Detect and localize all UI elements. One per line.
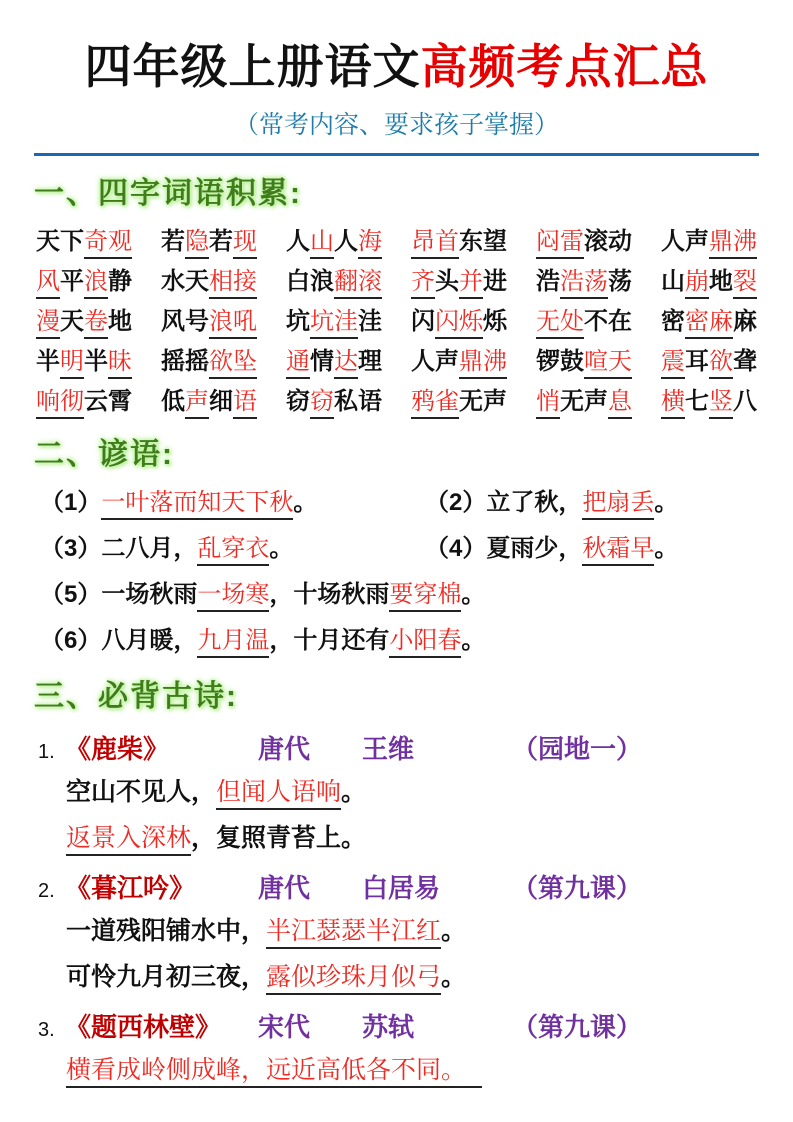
word-item: 白浪翻滚 <box>286 266 382 297</box>
word-item: 漫天卷地 <box>36 306 132 337</box>
proverb-item: （5）一场秋雨一场寒，十场秋雨要穿棉。 <box>40 579 485 610</box>
answer-text: 相接 <box>209 267 257 299</box>
plain-text: 东望 <box>459 228 507 255</box>
plain-text: 无声 <box>560 388 608 415</box>
word-row: 半明半昧摇摇欲坠通情达理人声鼎沸锣鼓喧天震耳欲聋 <box>36 346 757 377</box>
plain-text: 半 <box>84 348 108 375</box>
answer-text: 喧天 <box>584 347 632 379</box>
plain-text: （6）八月暖， <box>40 627 197 654</box>
plain-text: 八 <box>733 388 757 415</box>
plain-text: 闪 <box>411 308 435 335</box>
answer-text: 卷 <box>84 307 108 339</box>
answer-text: 崩 <box>685 267 709 299</box>
plain-text: 聋 <box>733 348 757 375</box>
plain-text: 浩 <box>536 268 560 295</box>
poem-header: 3.《题西林壁》宋代苏轼（第九课） <box>38 1007 759 1044</box>
plain-text: 。 <box>341 778 366 806</box>
word-item: 无处不在 <box>536 306 632 337</box>
plain-text: 空山不见人， <box>66 778 216 806</box>
plain-text: 可怜九月初三夜， <box>66 963 266 991</box>
plain-text: 不在 <box>584 308 632 335</box>
proverb-list: （1）一叶落而知天下秋。（2）立了秋，把扇丢。（3）二八月，乱穿衣。（4）夏雨少… <box>40 487 759 656</box>
plain-text: 。 <box>441 917 466 945</box>
proverb-item: （4）夏雨少，秋霜早。 <box>425 533 678 564</box>
poem-title: 《鹿柴》 <box>65 729 258 766</box>
word-item: 半明半昧 <box>36 346 132 377</box>
word-item: 闪闪烁烁 <box>411 306 507 337</box>
answer-text: 乱穿衣 <box>197 534 269 566</box>
plain-text: 若 <box>161 228 185 255</box>
poem-header: 2.《暮江吟》唐代白居易（第九课） <box>38 868 759 905</box>
word-item: 水天相接 <box>161 266 257 297</box>
plain-text: 山 <box>661 268 685 295</box>
poem-source: （园地一） <box>512 729 642 766</box>
answer-text: 闷雷 <box>536 227 584 259</box>
plain-text: （3）二八月， <box>40 535 197 562</box>
word-row: 天下奇观若隐若现人山人海昂首东望闷雷滚动人声鼎沸 <box>36 226 757 257</box>
plain-text: （5）一场秋雨 <box>40 581 197 608</box>
proverb-item: （3）二八月，乱穿衣。 <box>40 533 425 564</box>
plain-text: 白浪 <box>286 268 334 295</box>
poem-dynasty: 宋代 <box>258 1007 310 1044</box>
answer-text: 响彻 <box>36 387 84 419</box>
word-grid: 天下奇观若隐若现人山人海昂首东望闷雷滚动人声鼎沸风平浪静水天相接白浪翻滚齐头并进… <box>36 226 757 417</box>
plain-text: 私语 <box>334 388 382 415</box>
word-item: 锣鼓喧天 <box>536 346 632 377</box>
page-title-black: 四年级上册语文 <box>85 40 421 93</box>
answer-text: 坑洼 <box>310 307 358 339</box>
answer-text: 裂 <box>733 267 757 299</box>
answer-text: 昧 <box>108 347 132 379</box>
answer-text: 一场寒 <box>197 580 269 612</box>
answer-text: 露似珍珠月似弓 <box>266 962 441 995</box>
plain-text: 锣鼓 <box>536 348 584 375</box>
section-proverbs-heading: 二、谚语: <box>34 429 759 473</box>
answer-text: 通 <box>286 347 310 379</box>
answer-text: 返景入深林 <box>66 823 191 856</box>
poem-dynasty: 唐代 <box>258 729 310 766</box>
poem-number: 3. <box>38 1019 65 1042</box>
word-item: 窃窃私语 <box>286 386 382 417</box>
poem-author: 白居易 <box>362 868 512 905</box>
plain-text: （4）夏雨少， <box>425 535 582 562</box>
poem-title: 《题西林壁》 <box>65 1007 258 1044</box>
word-item: 风平浪静 <box>36 266 132 297</box>
word-item: 悄无声息 <box>536 386 632 417</box>
answer-text: 漫 <box>36 307 60 339</box>
answer-text: 语 <box>233 387 257 419</box>
plain-text: 低 <box>161 388 185 415</box>
plain-text: 地 <box>108 308 132 335</box>
proverb-row: （5）一场秋雨一场寒，十场秋雨要穿棉。 <box>40 579 759 610</box>
plain-text: 。 <box>293 489 317 516</box>
plain-text: 天下 <box>36 228 84 255</box>
word-item: 风号浪吼 <box>161 306 257 337</box>
proverb-item: （1）一叶落而知天下秋。 <box>40 487 425 518</box>
plain-text: 水天 <box>161 268 209 295</box>
plain-text: 洼 <box>358 308 382 335</box>
answer-text: 达 <box>334 347 358 379</box>
plain-text: ，复照青苔上。 <box>191 824 366 852</box>
answer-text: 浪 <box>84 267 108 299</box>
word-item: 浩浩荡荡 <box>536 266 632 297</box>
plain-text: 半 <box>36 348 60 375</box>
answer-text: 息 <box>608 387 632 419</box>
answer-text: 要穿棉 <box>389 580 461 612</box>
plain-text: 。 <box>654 489 678 516</box>
plain-text: 滚动 <box>584 228 632 255</box>
word-item: 摇摇欲坠 <box>161 346 257 377</box>
plain-text: 人声 <box>661 228 709 255</box>
poem-verse-line: 横看成岭侧成峰，远近高低各不同。 <box>66 1054 759 1086</box>
worksheet-page: 四年级上册语文高频考点汇总 （常考内容、要求孩子掌握） 一、四字词语积累: 天下… <box>0 0 793 1086</box>
answer-text: 鼎沸 <box>709 227 757 259</box>
page-subtitle: （常考内容、要求孩子掌握） <box>34 105 759 141</box>
answer-text: 风 <box>36 267 60 299</box>
plain-text: 人声 <box>411 348 459 375</box>
plain-text: 坑 <box>286 308 310 335</box>
proverb-item: （2）立了秋，把扇丢。 <box>425 487 678 518</box>
section-poems-heading: 三、必背古诗: <box>34 671 759 715</box>
word-item: 坑坑洼洼 <box>286 306 382 337</box>
word-item: 昂首东望 <box>411 226 507 257</box>
plain-text: 若 <box>209 228 233 255</box>
plain-text: 理 <box>358 348 382 375</box>
answer-text: 小阳春 <box>389 626 461 658</box>
answer-text: 明 <box>60 347 84 379</box>
word-item: 人声鼎沸 <box>661 226 757 257</box>
proverb-row: （6）八月暖，九月温，十月还有小阳春。 <box>40 625 759 656</box>
plain-text: 密 <box>661 308 685 335</box>
plain-text: （2）立了秋， <box>425 489 582 516</box>
word-item: 低声细语 <box>161 386 257 417</box>
word-item: 人声鼎沸 <box>411 346 507 377</box>
plain-text: 耳 <box>685 348 709 375</box>
word-item: 若隐若现 <box>161 226 257 257</box>
plain-text: 人 <box>334 228 358 255</box>
answer-text: 奇观 <box>84 227 132 259</box>
answer-text: 把扇丢 <box>582 488 654 520</box>
answer-text: 但闻人语响 <box>216 777 341 810</box>
word-item: 通情达理 <box>286 346 382 377</box>
answer-text: 并 <box>459 267 483 299</box>
poem-verse-line: 可怜九月初三夜，露似珍珠月似弓。 <box>66 961 759 993</box>
poem-verse-line: 返景入深林，复照青苔上。 <box>66 822 759 854</box>
word-item: 横七竖八 <box>661 386 757 417</box>
section-words-heading: 一、四字词语积累: <box>34 168 759 212</box>
poem-dynasty: 唐代 <box>258 868 310 905</box>
answer-text: 山 <box>310 227 334 259</box>
plain-text: 天 <box>60 308 84 335</box>
page-title-red: 高频考点汇总 <box>421 40 709 93</box>
plain-text: 无声 <box>459 388 507 415</box>
poem-header: 1.《鹿柴》唐代王维（园地一） <box>38 729 759 766</box>
word-row: 风平浪静水天相接白浪翻滚齐头并进浩浩荡荡山崩地裂 <box>36 266 757 297</box>
poem-verse-line: 空山不见人，但闻人语响。 <box>66 776 759 808</box>
plain-text: 进 <box>483 268 507 295</box>
answer-text: 翻滚 <box>334 267 382 299</box>
poem-item: 2.《暮江吟》唐代白居易（第九课）一道残阳铺水中，半江瑟瑟半江红。可怜九月初三夜… <box>38 868 759 993</box>
plain-text: 荡 <box>608 268 632 295</box>
word-row: 漫天卷地风号浪吼坑坑洼洼闪闪烁烁无处不在密密麻麻 <box>36 306 757 337</box>
header-divider <box>34 153 759 156</box>
plain-text: ，十场秋雨 <box>269 581 389 608</box>
answer-text: 震 <box>661 347 685 379</box>
word-item: 鸦雀无声 <box>411 386 507 417</box>
poem-item: 1.《鹿柴》唐代王维（园地一）空山不见人，但闻人语响。返景入深林，复照青苔上。 <box>38 729 759 854</box>
answer-text: 欲 <box>709 347 733 379</box>
plain-text: 静 <box>108 268 132 295</box>
plain-text: 细 <box>209 388 233 415</box>
plain-text: 平 <box>60 268 84 295</box>
answer-text: 欲坠 <box>209 347 257 379</box>
word-item: 震耳欲聋 <box>661 346 757 377</box>
word-item: 山崩地裂 <box>661 266 757 297</box>
answer-text: 竖 <box>709 387 733 419</box>
plain-text: 。 <box>461 581 485 608</box>
word-item: 闷雷滚动 <box>536 226 632 257</box>
answer-text: 横 <box>661 387 685 419</box>
poem-author: 苏轼 <box>362 1007 512 1044</box>
answer-text: 鼎沸 <box>459 347 507 379</box>
plain-text: 摇摇 <box>161 348 209 375</box>
answer-text: 闪烁 <box>435 307 483 339</box>
plain-text: 烁 <box>483 308 507 335</box>
answer-text: 九月温 <box>197 626 269 658</box>
answer-text: 声 <box>185 387 209 419</box>
plain-text: 人 <box>286 228 310 255</box>
answer-text: 现 <box>233 227 257 259</box>
poem-item: 3.《题西林壁》宋代苏轼（第九课）横看成岭侧成峰，远近高低各不同。 <box>38 1007 759 1086</box>
answer-text: 横看成岭侧成峰，远近高低各不同。 <box>66 1055 482 1088</box>
answer-text: 无处 <box>536 307 584 339</box>
plain-text: 风号 <box>161 308 209 335</box>
answer-text: 窃 <box>310 387 334 419</box>
answer-text: 昂首 <box>411 227 459 259</box>
plain-text: 。 <box>441 963 466 991</box>
plain-text: ，十月还有 <box>269 627 389 654</box>
answer-text: 海 <box>358 227 382 259</box>
plain-text: 云霄 <box>84 388 132 415</box>
poem-number: 1. <box>38 741 65 764</box>
plain-text: 地 <box>709 268 733 295</box>
poem-source: （第九课） <box>512 868 642 905</box>
plain-text: 麻 <box>733 308 757 335</box>
word-item: 天下奇观 <box>36 226 132 257</box>
plain-text: 窃 <box>286 388 310 415</box>
answer-text: 齐 <box>411 267 435 299</box>
word-item: 人山人海 <box>286 226 382 257</box>
word-row: 响彻云霄低声细语窃窃私语鸦雀无声悄无声息横七竖八 <box>36 386 757 417</box>
answer-text: 悄 <box>536 387 560 419</box>
answer-text: 密麻 <box>685 307 733 339</box>
answer-text: 一叶落而知天下秋 <box>101 488 293 520</box>
page-title: 四年级上册语文高频考点汇总 <box>34 38 759 97</box>
plain-text: 。 <box>654 535 678 562</box>
poem-title: 《暮江吟》 <box>65 868 258 905</box>
plain-text: 。 <box>461 627 485 654</box>
answer-text: 半江瑟瑟半江红 <box>266 916 441 949</box>
proverb-row: （3）二八月，乱穿衣。（4）夏雨少，秋霜早。 <box>40 533 759 564</box>
answer-text: 秋霜早 <box>582 534 654 566</box>
plain-text: 七 <box>685 388 709 415</box>
proverb-row: （1）一叶落而知天下秋。（2）立了秋，把扇丢。 <box>40 487 759 518</box>
plain-text: 。 <box>269 535 293 562</box>
answer-text: 隐 <box>185 227 209 259</box>
word-item: 齐头并进 <box>411 266 507 297</box>
proverb-item: （6）八月暖，九月温，十月还有小阳春。 <box>40 625 485 656</box>
poem-author: 王维 <box>362 729 512 766</box>
plain-text: （1） <box>40 489 101 516</box>
answer-text: 浩荡 <box>560 267 608 299</box>
poem-verse-line: 一道残阳铺水中，半江瑟瑟半江红。 <box>66 915 759 947</box>
word-item: 密密麻麻 <box>661 306 757 337</box>
poem-list: 1.《鹿柴》唐代王维（园地一）空山不见人，但闻人语响。返景入深林，复照青苔上。2… <box>38 729 759 1086</box>
plain-text: 一道残阳铺水中， <box>66 917 266 945</box>
poem-number: 2. <box>38 880 65 903</box>
answer-text: 浪吼 <box>209 307 257 339</box>
poem-source: （第九课） <box>512 1007 642 1044</box>
plain-text: 头 <box>435 268 459 295</box>
plain-text: 情 <box>310 348 334 375</box>
answer-text: 鸦雀 <box>411 387 459 419</box>
word-item: 响彻云霄 <box>36 386 132 417</box>
